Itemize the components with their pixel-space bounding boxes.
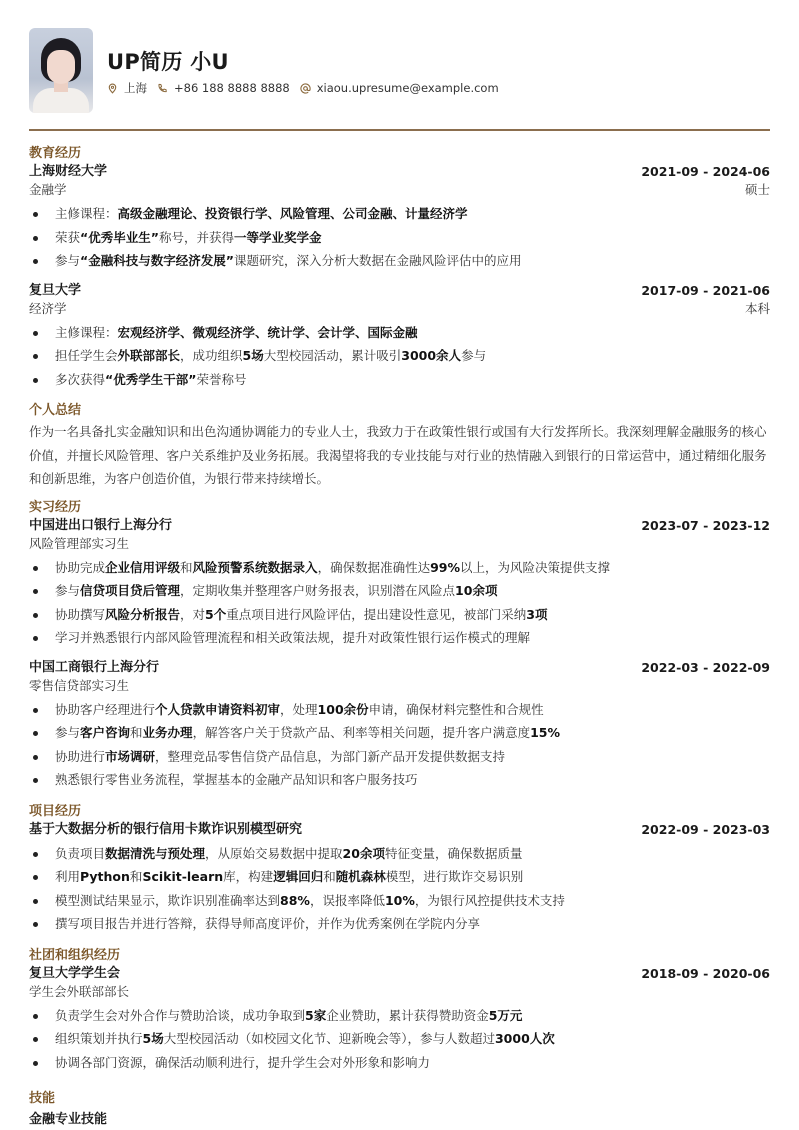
bullet-text: 和 — [130, 725, 143, 740]
date-range: 2022-09 - 2023-03 — [641, 821, 770, 839]
bullet-item: 协助完成企业信用评级和风险预警系统数据录入，确保数据准确性达99%以上，为风险决… — [29, 556, 770, 580]
entry-header: 中国进出口银行上海分行2023-07 - 2023-12 — [29, 517, 770, 535]
bullet-item: 多次获得“优秀学生干部”荣誉称号 — [29, 368, 770, 392]
bullet-emphasis: Python — [80, 869, 130, 884]
bullet-list: 主修课程：高级金融理论、投资银行学、风险管理、公司金融、计量经济学荣获“优秀毕业… — [29, 202, 770, 273]
bullet-item: 主修课程：高级金融理论、投资银行学、风险管理、公司金融、计量经济学 — [29, 202, 770, 226]
bullet-text: 和 — [180, 560, 193, 575]
bullet-text: 模型，进行欺诈交易识别 — [386, 869, 524, 884]
bullet-item: 参与客户咨询和业务办理，解答客户关于贷款产品、利率等相关问题，提升客户满意度15… — [29, 721, 770, 745]
bullet-list: 协助完成企业信用评级和风险预警系统数据录入，确保数据准确性达99%以上，为风险决… — [29, 556, 770, 650]
bullet-emphasis: 3000余人 — [401, 348, 461, 363]
bullet-emphasis: 风险分析报告 — [105, 607, 180, 622]
bullet-item: 利用Python和Scikit-learn库，构建逻辑回归和随机森林模型，进行欺… — [29, 865, 770, 889]
bullet-text: ，处理 — [280, 702, 318, 717]
bullet-text: 申请，确保材料完整性和合规性 — [369, 702, 544, 717]
bullet-emphasis: 88% — [280, 893, 310, 908]
bullet-text: 以上，为风险决策提供支撑 — [460, 560, 610, 575]
bullet-emphasis: “金融科技与数字经济发展” — [80, 253, 234, 268]
phone-icon — [157, 83, 168, 94]
bullet-emphasis: 宏观经济学、微观经济学、统计学、会计学、国际金融 — [118, 325, 418, 340]
bullet-text: 协调各部门资源，确保活动顺利进行，提升学生会对外形象和影响力 — [55, 1055, 430, 1070]
company-name: 中国工商银行上海分行 — [29, 659, 159, 677]
role: 风险管理部实习生 — [29, 535, 770, 553]
entry-subheader: 经济学本科 — [29, 300, 770, 318]
contact-location: 上海 — [107, 80, 147, 96]
bullet-text: 和 — [323, 869, 336, 884]
bullet-text: 熟悉银行零售业务流程，掌握基本的金融产品知识和客户服务技巧 — [55, 772, 418, 787]
bullet-emphasis: 业务办理 — [143, 725, 193, 740]
section-title: 社团和组织经历 — [29, 947, 770, 965]
email-text[interactable]: xiaou.upresume@example.com — [317, 81, 499, 95]
degree: 本科 — [745, 300, 770, 318]
bullet-emphasis: 随机森林 — [336, 869, 386, 884]
section-title: 教育经历 — [29, 145, 770, 163]
section-title: 技能 — [29, 1090, 770, 1108]
bullet-emphasis: 3项 — [526, 607, 547, 622]
bullet-text: 担任学生会 — [55, 348, 118, 363]
bullet-item: 负责项目数据清洗与预处理，从原始交易数据中提取20余项特征变量，确保数据质量 — [29, 842, 770, 866]
bullet-emphasis: 10余项 — [455, 583, 497, 598]
project-name: 基于大数据分析的银行信用卡欺诈识别模型研究 — [29, 821, 302, 839]
entry-header: 上海财经大学2021-09 - 2024-06 — [29, 163, 770, 181]
section-title: 实习经历 — [29, 499, 770, 517]
section-projects: 项目经历基于大数据分析的银行信用卡欺诈识别模型研究2022-09 - 2023-… — [29, 803, 770, 936]
internship-entry: 中国工商银行上海分行2022-03 - 2022-09零售信贷部实习生协助客户经… — [29, 659, 770, 792]
bullet-text: ，误报率降低 — [310, 893, 385, 908]
bullet-text: ，定期收集并整理客户财务报表，识别潜在风险点 — [180, 583, 455, 598]
bullet-emphasis: 信贷项目贷后管理 — [80, 583, 180, 598]
bullet-list: 协助客户经理进行个人贷款申请资料初审，处理100余份申请，确保材料完整性和合规性… — [29, 698, 770, 792]
organization-name: 复旦大学学生会 — [29, 965, 120, 983]
bullet-text: 组织策划并执行 — [55, 1031, 143, 1046]
bullet-item: 参与信贷项目贷后管理，定期收集并整理客户财务报表，识别潜在风险点10余项 — [29, 579, 770, 603]
bullet-emphasis: 99% — [430, 560, 460, 575]
bullet-text: 撰写项目报告并进行答辩，获得导师高度评价，并作为优秀案例在学院内分享 — [55, 916, 480, 931]
contact-phone: +86 188 8888 8888 — [157, 81, 290, 95]
bullet-text: 主修课程： — [55, 206, 118, 221]
bullet-emphasis: 5个 — [205, 607, 226, 622]
bullet-emphasis: 10% — [385, 893, 415, 908]
bullet-emphasis: 5万元 — [489, 1008, 523, 1023]
phone-text[interactable]: +86 188 8888 8888 — [174, 81, 290, 95]
skill-group-title: 金融专业技能 — [29, 1108, 770, 1127]
bullet-text: ，从原始交易数据中提取 — [205, 846, 343, 861]
bullet-emphasis: 客户咨询 — [80, 725, 130, 740]
bullet-text: 多次获得 — [55, 372, 105, 387]
role: 学生会外联部部长 — [29, 983, 770, 1001]
bullet-item: 组织策划并执行5场大型校园活动（如校园文化节、迎新晚会等），参与人数超过3000… — [29, 1027, 770, 1051]
bullet-emphasis: “优秀学生干部” — [105, 372, 196, 387]
bullet-emphasis: 15% — [530, 725, 560, 740]
bullet-item: 模型测试结果显示，欺诈识别准确率达到88%，误报率降低10%，为银行风控提供技术… — [29, 889, 770, 913]
bullet-item: 学习并熟悉银行内部风险管理流程和相关政策法规，提升对政策性银行运作模式的理解 — [29, 626, 770, 650]
contact-row: 上海 +86 188 8888 8888 xiaou.upresume@exam… — [107, 80, 509, 96]
bullet-emphasis: 5场 — [143, 1031, 164, 1046]
bullet-item: 协助客户经理进行个人贷款申请资料初审，处理100余份申请，确保材料完整性和合规性 — [29, 698, 770, 722]
education-entry: 复旦大学2017-09 - 2021-06经济学本科主修课程：宏观经济学、微观经… — [29, 282, 770, 392]
bullet-text: ，解答客户关于贷款产品、利率等相关问题，提升客户满意度 — [193, 725, 531, 740]
internship-entry: 中国进出口银行上海分行2023-07 - 2023-12风险管理部实习生协助完成… — [29, 517, 770, 650]
bullet-text: ，成功组织 — [180, 348, 243, 363]
header-divider — [29, 129, 770, 131]
date-range: 2023-07 - 2023-12 — [641, 517, 770, 535]
bullet-text: 协助进行 — [55, 749, 105, 764]
section-title: 项目经历 — [29, 803, 770, 821]
bullet-text: 负责学生会对外合作与赞助洽谈，成功争取到 — [55, 1008, 305, 1023]
bullet-text: 大型校园活动（如校园文化节、迎新晚会等），参与人数超过 — [164, 1031, 495, 1046]
major: 经济学 — [29, 300, 67, 318]
bullet-text: ，整理竞品零售信贷产品信息，为部门新产品开发提供数据支持 — [155, 749, 505, 764]
bullet-text: 称号，并获得 — [159, 230, 234, 245]
entry-header: 中国工商银行上海分行2022-03 - 2022-09 — [29, 659, 770, 677]
bullet-item: 撰写项目报告并进行答辩，获得导师高度评价，并作为优秀案例在学院内分享 — [29, 912, 770, 936]
bullet-emphasis: 市场调研 — [105, 749, 155, 764]
bullet-text: 负责项目 — [55, 846, 105, 861]
bullet-text: 参与 — [55, 583, 80, 598]
bullet-text: ，为银行风控提供技术支持 — [415, 893, 565, 908]
resume-sections: 教育经历上海财经大学2021-09 - 2024-06金融学硕士主修课程：高级金… — [29, 145, 770, 1127]
bullet-item: 协助进行市场调研，整理竞品零售信贷产品信息，为部门新产品开发提供数据支持 — [29, 745, 770, 769]
bullet-text: 协助撰写 — [55, 607, 105, 622]
bullet-emphasis: 风险预警系统数据录入 — [193, 560, 318, 575]
bullet-text: 参与 — [55, 253, 80, 268]
bullet-emphasis: 100余份 — [318, 702, 369, 717]
bullet-text: 重点项目进行风险评估，提出建设性意见，被部门采纳 — [226, 607, 526, 622]
bullet-item: 协调各部门资源，确保活动顺利进行，提升学生会对外形象和影响力 — [29, 1051, 770, 1075]
bullet-item: 担任学生会外联部部长，成功组织5场大型校园活动，累计吸引3000余人参与 — [29, 344, 770, 368]
section-internship: 实习经历中国进出口银行上海分行2023-07 - 2023-12风险管理部实习生… — [29, 499, 770, 792]
education-entry: 上海财经大学2021-09 - 2024-06金融学硕士主修课程：高级金融理论、… — [29, 163, 770, 273]
bullet-item: 协助撰写风险分析报告，对5个重点项目进行风险评估，提出建设性意见，被部门采纳3项 — [29, 603, 770, 627]
date-range: 2022-03 - 2022-09 — [641, 659, 770, 677]
bullet-emphasis: 5家 — [305, 1008, 326, 1023]
bullet-list: 负责学生会对外合作与赞助洽谈，成功争取到5家企业赞助，累计获得赞助资金5万元组织… — [29, 1004, 770, 1075]
bullet-emphasis: 逻辑回归 — [273, 869, 323, 884]
bullet-text: 荣获 — [55, 230, 80, 245]
bullet-item: 熟悉银行零售业务流程，掌握基本的金融产品知识和客户服务技巧 — [29, 768, 770, 792]
bullet-text: 利用 — [55, 869, 80, 884]
entry-subheader: 金融学硕士 — [29, 181, 770, 199]
major: 金融学 — [29, 181, 67, 199]
bullet-text: 荣誉称号 — [196, 372, 246, 387]
bullet-text: ，确保数据准确性达 — [318, 560, 431, 575]
date-range: 2018-09 - 2020-06 — [641, 965, 770, 983]
entry-header: 基于大数据分析的银行信用卡欺诈识别模型研究2022-09 - 2023-03 — [29, 821, 770, 839]
school-name: 复旦大学 — [29, 282, 81, 300]
bullet-emphasis: 企业信用评级 — [105, 560, 180, 575]
bullet-text: 学习并熟悉银行内部风险管理流程和相关政策法规，提升对政策性银行运作模式的理解 — [55, 630, 530, 645]
bullet-emphasis: 高级金融理论、投资银行学、风险管理、公司金融、计量经济学 — [118, 206, 468, 221]
bullet-text: 协助客户经理进行 — [55, 702, 155, 717]
at-icon — [300, 83, 311, 94]
bullet-emphasis: 数据清洗与预处理 — [105, 846, 205, 861]
bullet-item: 参与“金融科技与数字经济发展”课题研究，深入分析大数据在金融风险评估中的应用 — [29, 249, 770, 273]
section-education: 教育经历上海财经大学2021-09 - 2024-06金融学硕士主修课程：高级金… — [29, 145, 770, 391]
degree: 硕士 — [745, 181, 770, 199]
contact-email: xiaou.upresume@example.com — [300, 81, 499, 95]
bullet-list: 负责项目数据清洗与预处理，从原始交易数据中提取20余项特征变量，确保数据质量利用… — [29, 842, 770, 936]
bullet-text: ，对 — [180, 607, 205, 622]
date-range: 2021-09 - 2024-06 — [641, 163, 770, 181]
bullet-emphasis: 5场 — [243, 348, 264, 363]
bullet-emphasis: 3000人次 — [495, 1031, 555, 1046]
bullet-emphasis: 个人贷款申请资料初审 — [155, 702, 280, 717]
resume-header: UP简历 小U 上海 +86 188 8888 8888 xiaou.upres… — [29, 0, 770, 130]
bullet-text: 大型校园活动，累计吸引 — [264, 348, 402, 363]
company-name: 中国进出口银行上海分行 — [29, 517, 172, 535]
bullet-emphasis: Scikit-learn — [142, 869, 223, 884]
school-name: 上海财经大学 — [29, 163, 107, 181]
bullet-text: 参与 — [55, 725, 80, 740]
entry-header: 复旦大学学生会2018-09 - 2020-06 — [29, 965, 770, 983]
bullet-emphasis: 一等学业奖学金 — [234, 230, 322, 245]
avatar-photo — [29, 28, 93, 113]
bullet-text: 参与 — [461, 348, 486, 363]
bullet-text: 课题研究，深入分析大数据在金融风险评估中的应用 — [234, 253, 522, 268]
section-summary: 个人总结作为一名具备扎实金融知识和出色沟通协调能力的专业人士，我致力于在政策性银… — [29, 402, 770, 491]
map-pin-icon — [107, 83, 118, 94]
bullet-emphasis: 20余项 — [343, 846, 385, 861]
section-organization: 社团和组织经历复旦大学学生会2018-09 - 2020-06学生会外联部部长负… — [29, 947, 770, 1075]
bullet-text: 模型测试结果显示，欺诈识别准确率达到 — [55, 893, 280, 908]
date-range: 2017-09 - 2021-06 — [641, 282, 770, 300]
bullet-text: 协助完成 — [55, 560, 105, 575]
entry-header: 复旦大学2017-09 - 2021-06 — [29, 282, 770, 300]
bullet-item: 荣获“优秀毕业生”称号，并获得一等学业奖学金 — [29, 226, 770, 250]
bullet-text: 库，构建 — [223, 869, 273, 884]
resume-page: UP简历 小U 上海 +86 188 8888 8888 xiaou.upres… — [0, 0, 799, 1130]
bullet-text: 和 — [130, 869, 143, 884]
location-text: 上海 — [124, 80, 147, 96]
bullet-text: 主修课程： — [55, 325, 118, 340]
bullet-item: 负责学生会对外合作与赞助洽谈，成功争取到5家企业赞助，累计获得赞助资金5万元 — [29, 1004, 770, 1028]
bullet-emphasis: “优秀毕业生” — [80, 230, 159, 245]
bullet-emphasis: 外联部部长 — [118, 348, 181, 363]
section-title: 个人总结 — [29, 402, 770, 420]
bullet-text: 特征变量，确保数据质量 — [385, 846, 523, 861]
section-skills: 技能金融专业技能 — [29, 1090, 770, 1127]
candidate-name: UP简历 小U — [107, 46, 229, 76]
summary-text: 作为一名具备扎实金融知识和出色沟通协调能力的专业人士，我致力于在政策性银行或国有… — [29, 420, 770, 491]
bullet-text: 企业赞助，累计获得赞助资金 — [326, 1008, 489, 1023]
role: 零售信贷部实习生 — [29, 677, 770, 695]
bullet-list: 主修课程：宏观经济学、微观经济学、统计学、会计学、国际金融担任学生会外联部部长，… — [29, 321, 770, 392]
bullet-item: 主修课程：宏观经济学、微观经济学、统计学、会计学、国际金融 — [29, 321, 770, 345]
